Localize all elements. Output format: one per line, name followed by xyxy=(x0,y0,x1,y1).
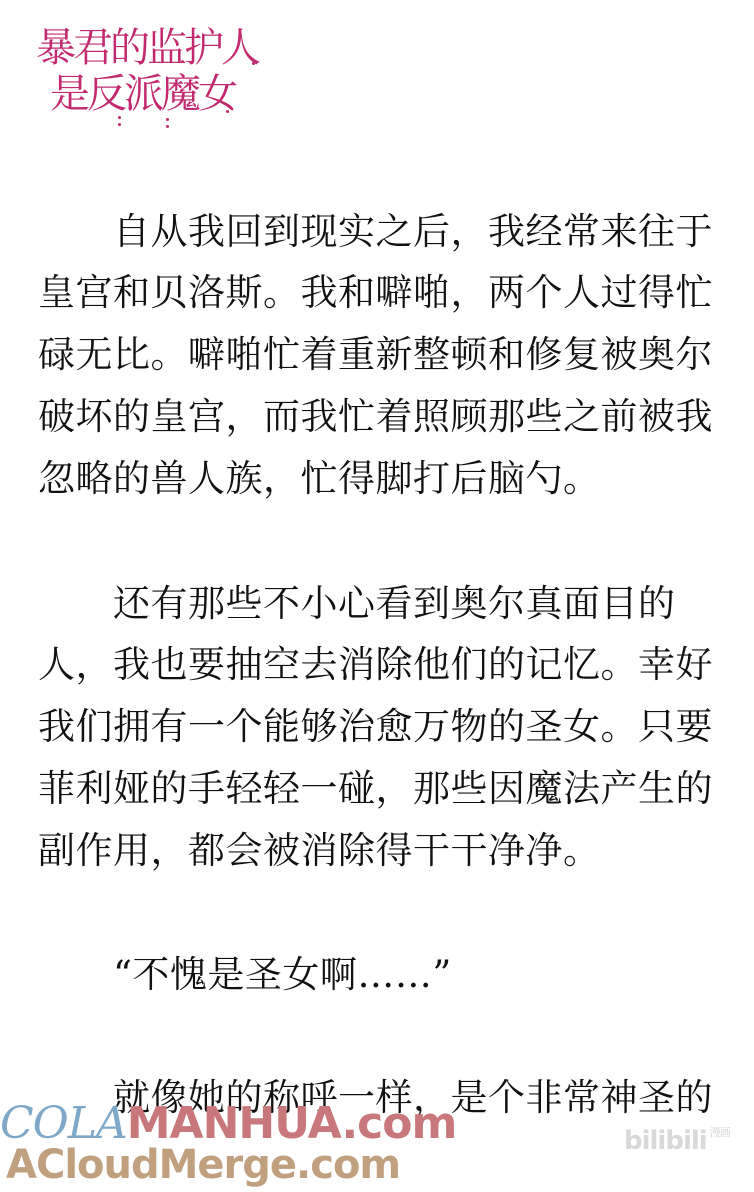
acloudmerge-watermark: ACloudMerge.com xyxy=(6,1142,400,1188)
logo-ornament-icon xyxy=(166,125,169,128)
text-line: 皇宫和贝洛斯。我和噼啪，两个人过得忙 xyxy=(38,273,713,313)
logo-ornament-icon xyxy=(118,123,121,126)
logo-ornament-icon xyxy=(166,118,169,121)
dialogue-line: “不愧是圣女啊……” xyxy=(38,955,452,995)
bilibili-manhua-text: 漫画 xyxy=(710,1126,724,1139)
bilibili-text: bilibili xyxy=(624,1126,707,1156)
text-line: 我们拥有一个能够治愈万物的圣女。只要 xyxy=(38,707,713,747)
text-line: 副作用，都会被消除得干干净净。 xyxy=(38,831,601,871)
text-line: 人，我也要抽空去消除他们的记忆。幸好 xyxy=(38,645,713,685)
logo-title-line-1: 暴君的监护人 xyxy=(36,26,258,70)
bilibili-logo: bilibili漫画 xyxy=(624,1126,724,1156)
text-line: 破坏的皇宫，而我忙着照顾那些之前被我 xyxy=(38,397,713,437)
logo-ornament-icon xyxy=(252,62,255,65)
text-line: 自从我回到现实之后，我经常来往于 xyxy=(38,212,713,252)
comic-title-logo: 暴君的监护人 是反派魔女 xyxy=(36,26,266,126)
logo-ornament-icon xyxy=(118,116,121,119)
text-line: 菲利娅的手轻轻一碰，那些因魔法产生的 xyxy=(38,769,713,809)
logo-ornament-icon xyxy=(226,110,229,113)
text-line: 还有那些不小心看到奥尔真面目的 xyxy=(38,584,676,624)
text-line: 碌无比。噼啪忙着重新整顿和修复被奥尔 xyxy=(38,335,713,375)
text-line: 忽略的兽人族，忙得脚打后脑勺。 xyxy=(38,459,601,499)
colamanhua-watermark: COLAMANHUA.com xyxy=(0,1100,456,1148)
logo-title-line-2: 是反派魔女 xyxy=(50,72,235,116)
